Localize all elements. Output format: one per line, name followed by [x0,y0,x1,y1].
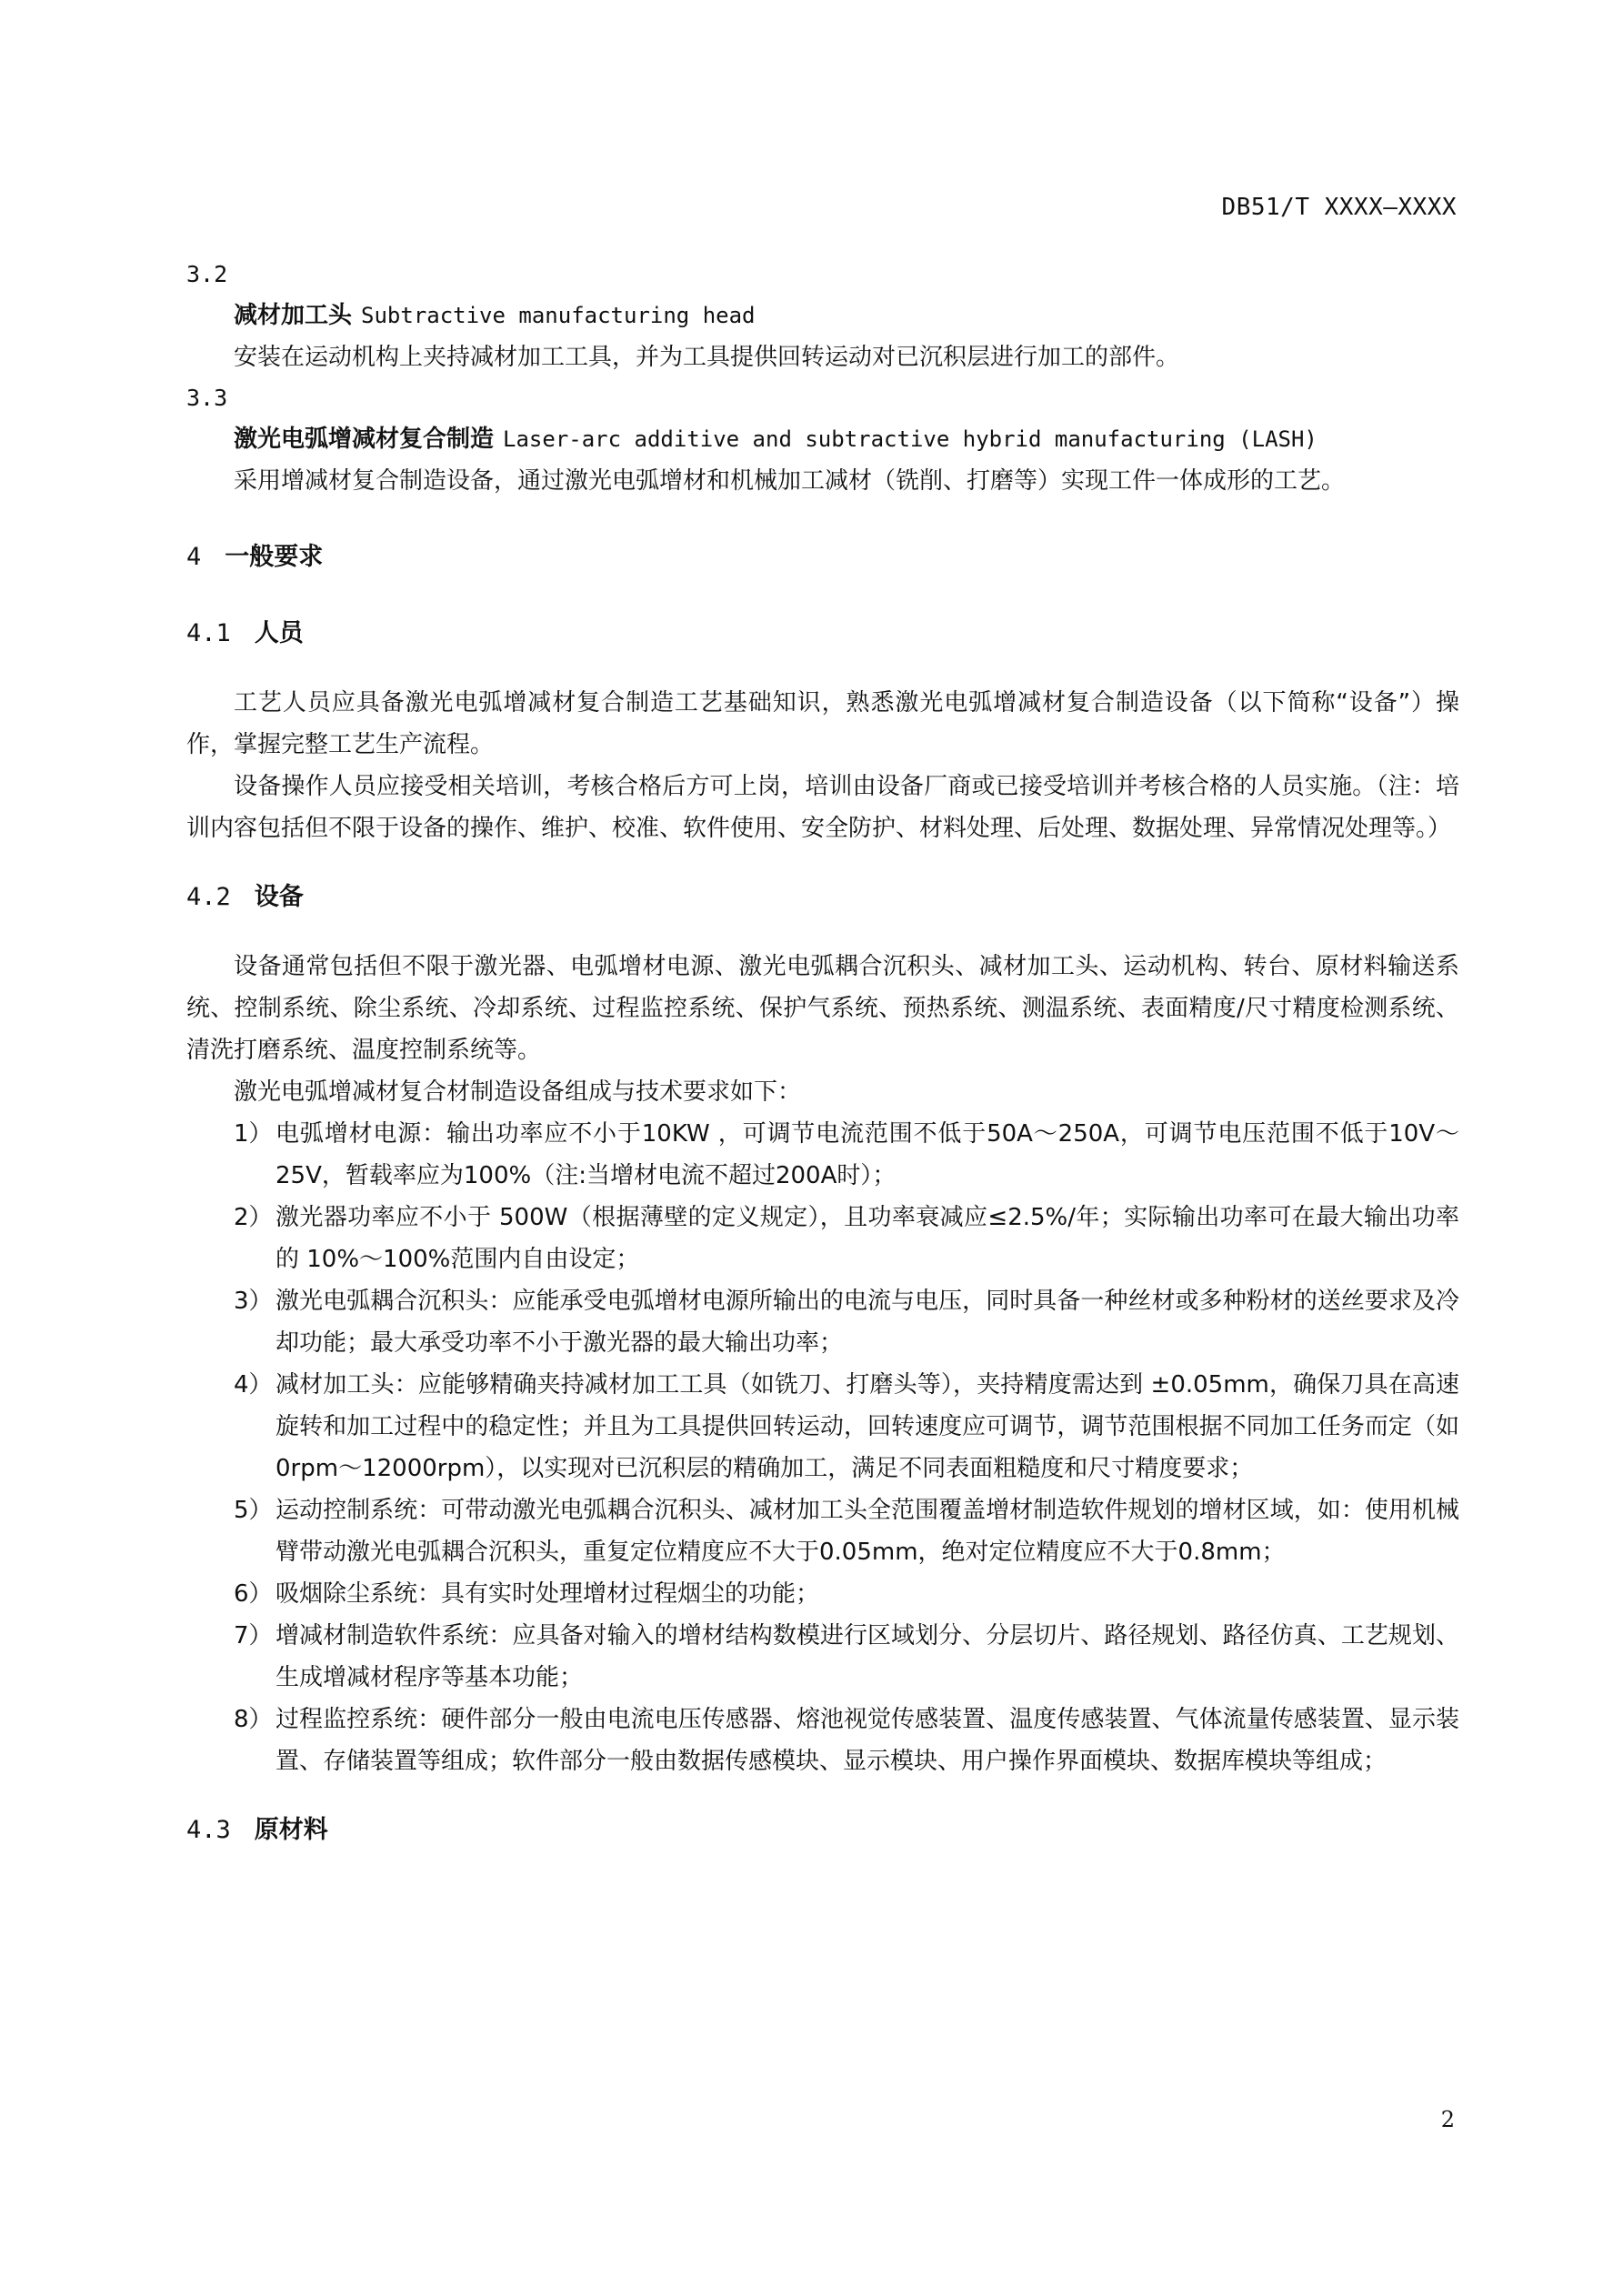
paragraph: 激光电弧增减材复合材制造设备组成与技术要求如下： [186,1071,1459,1113]
list-item: 5）运动控制系统：可带动激光电弧耦合沉积头、减材加工头全范围覆盖增材制造软件规划… [186,1489,1459,1573]
subsection-title: 设备 [255,883,304,911]
term-entry: 3.2 减材加工头Subtractive manufacturing head … [186,255,1459,378]
list-item: 7）增减材制造软件系统：应具备对输入的增材结构数模进行区域划分、分层切片、路径规… [186,1615,1459,1699]
section-number: 4 [186,543,201,571]
paragraph: 设备通常包括但不限于激光器、电弧增材电源、激光电弧耦合沉积头、减材加工头、运动机… [186,946,1459,1071]
list-index: 6） [234,1573,273,1615]
list-index: 1） [234,1113,273,1155]
list-index: 2） [234,1197,273,1238]
list-item: 6）吸烟除尘系统：具有实时处理增材过程烟尘的功能； [186,1573,1459,1615]
list-text: 运动控制系统：可带动激光电弧耦合沉积头、减材加工头全范围覆盖增材制造软件规划的增… [276,1497,1459,1566]
list-item: 4）减材加工头：应能够精确夹持减材加工工具（如铣刀、打磨头等），夹持精度需达到 … [186,1364,1459,1489]
subsection-number: 4.2 [186,883,231,911]
term-number: 3.3 [186,378,1459,418]
list-index: 4） [234,1364,273,1406]
subsection-title: 人员 [255,619,304,647]
subsection-number: 4.3 [186,1816,231,1844]
list-text: 过程监控系统：硬件部分一般由电流电压传感器、熔池视觉传感装置、温度传感装置、气体… [276,1706,1459,1775]
term-title: 激光电弧增减材复合制造Laser-arc additive and subtra… [186,418,1459,460]
term-title-en: Laser-arc additive and subtractive hybri… [503,426,1317,452]
list-text: 激光电弧耦合沉积头：应能承受电弧增材电源所输出的电流与电压，同时具备一种丝材或多… [276,1288,1459,1357]
document-page: DB51/T XXXX—XXXX 3.2 减材加工头Subtractive ma… [0,0,1623,2296]
list-index: 7） [234,1615,273,1657]
paragraph: 工艺人员应具备激光电弧增减材复合制造工艺基础知识，熟悉激光电弧增减材复合制造设备… [186,682,1459,766]
list-index: 3） [234,1280,273,1322]
list-text: 增减材制造软件系统：应具备对输入的增材结构数模进行区域划分、分层切片、路径规划、… [276,1622,1459,1691]
section-heading: 4一般要求 [186,536,1459,578]
document-body: 3.2 减材加工头Subtractive manufacturing head … [186,255,1459,1851]
subsection-number: 4.1 [186,619,231,647]
list-item: 2）激光器功率应不小于 500W（根据薄壁的定义规定），且功率衰减应≤2.5%/… [186,1197,1459,1280]
list-item: 8）过程监控系统：硬件部分一般由电流电压传感器、熔池视觉传感装置、温度传感装置、… [186,1699,1459,1782]
list-text: 减材加工头：应能够精确夹持减材加工工具（如铣刀、打磨头等），夹持精度需达到 ±0… [276,1371,1459,1482]
list-index: 5） [234,1489,273,1531]
term-title: 减材加工头Subtractive manufacturing head [186,295,1459,336]
section-title: 一般要求 [225,543,323,571]
list-item: 1）电弧增材电源：输出功率应不小于10KW ，可调节电流范围不低于50A～250… [186,1113,1459,1197]
subsection-heading: 4.1人员 [186,613,1459,655]
term-number: 3.2 [186,255,1459,295]
term-entry: 3.3 激光电弧增减材复合制造Laser-arc additive and su… [186,378,1459,502]
subsection-heading: 4.3原材料 [186,1810,1459,1851]
list-index: 8） [234,1699,273,1740]
term-definition: 采用增减材复合制造设备，通过激光电弧增材和机械加工减材（铣削、打磨等）实现工件一… [186,460,1459,502]
document-code: DB51/T XXXX—XXXX [1222,194,1457,221]
term-title-zh: 减材加工头 [234,302,352,329]
subsection-heading: 4.2设备 [186,877,1459,918]
list-text: 激光器功率应不小于 500W（根据薄壁的定义规定），且功率衰减应≤2.5%/年；… [276,1204,1459,1273]
paragraph: 设备操作人员应接受相关培训，考核合格后方可上岗，培训由设备厂商或已接受培训并考核… [186,766,1459,849]
term-definition: 安装在运动机构上夹持减材加工工具，并为工具提供回转运动对已沉积层进行加工的部件。 [186,336,1459,378]
term-title-zh: 激光电弧增减材复合制造 [234,426,494,453]
list-text: 电弧增材电源：输出功率应不小于10KW ，可调节电流范围不低于50A～250A，… [276,1120,1459,1189]
page-number: 2 [1441,2107,1455,2132]
list-text: 吸烟除尘系统：具有实时处理增材过程烟尘的功能； [276,1580,819,1608]
term-title-en: Subtractive manufacturing head [361,303,755,328]
list-item: 3）激光电弧耦合沉积头：应能承受电弧增材电源所输出的电流与电压，同时具备一种丝材… [186,1280,1459,1364]
subsection-title: 原材料 [255,1816,328,1844]
requirements-list: 1）电弧增材电源：输出功率应不小于10KW ，可调节电流范围不低于50A～250… [186,1113,1459,1782]
